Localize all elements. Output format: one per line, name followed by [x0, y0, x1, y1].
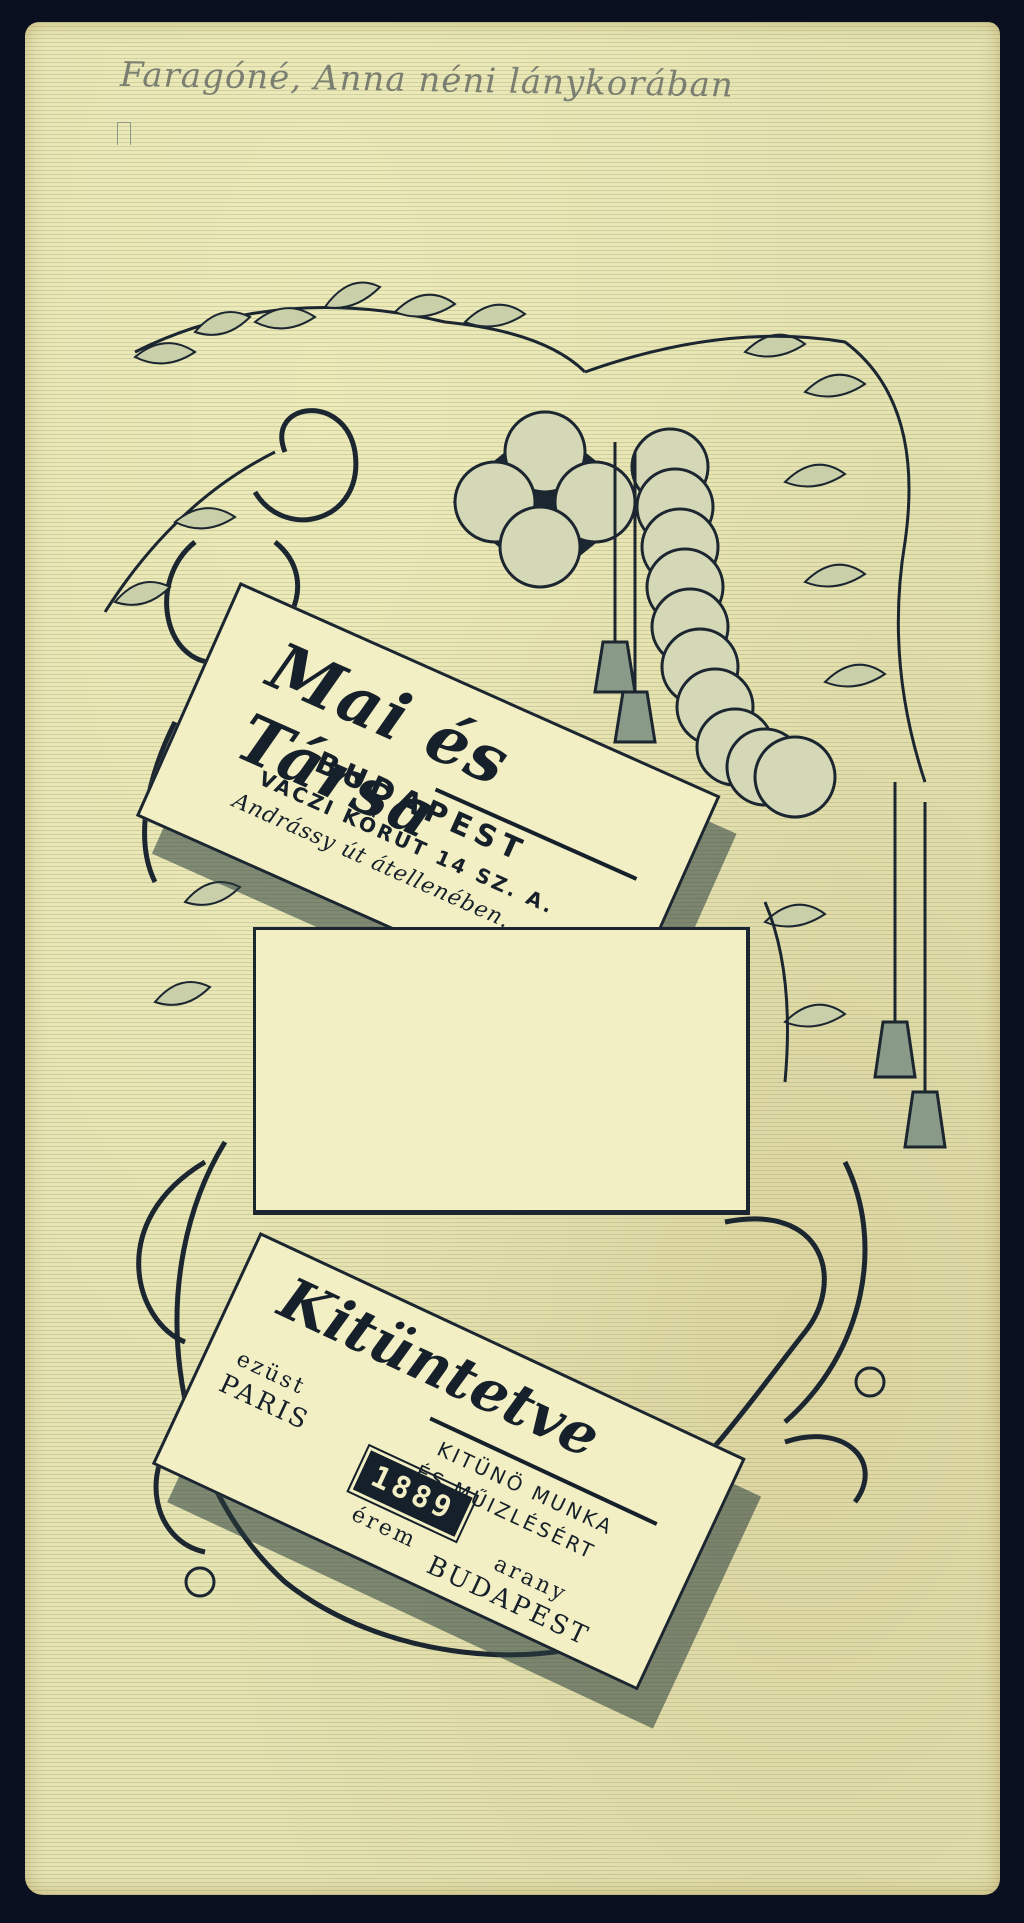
- blank-card: [253, 927, 750, 1215]
- photo-card-back: Faragóné, Anna néni lánykorában: [25, 22, 1000, 1895]
- medal-cluster: [455, 412, 635, 587]
